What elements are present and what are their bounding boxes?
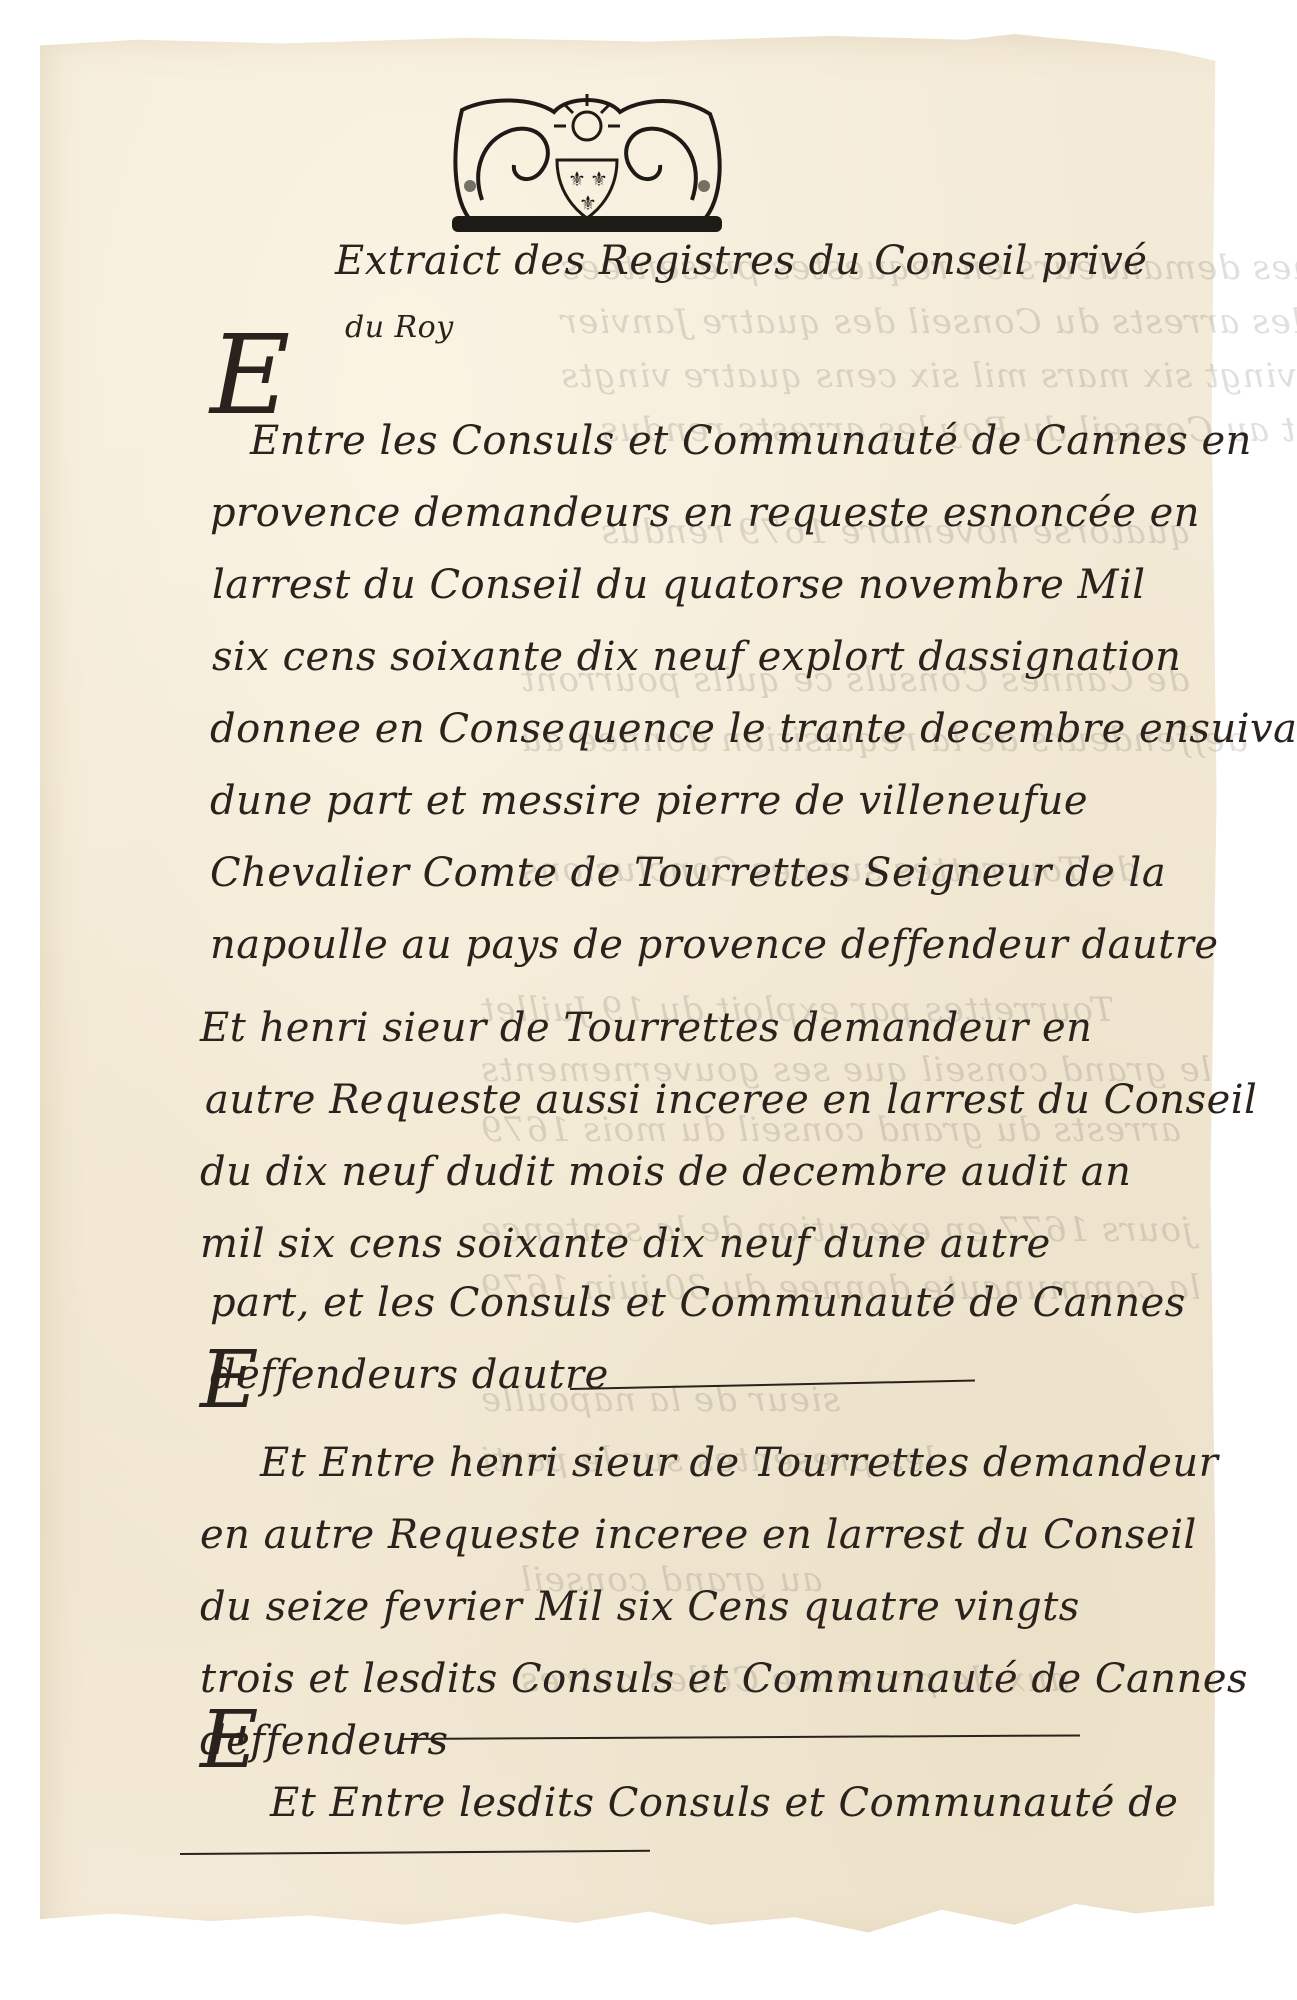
document-title-line2: du Roy — [345, 310, 454, 345]
manuscript-line: mil six cens soixante dix neuf dune autr… — [200, 1221, 1051, 1267]
manuscript-line: donnee en Consequence le trante decembre… — [210, 706, 1297, 752]
royal-stamp-icon: ⚜ ⚜ ⚜ — [442, 90, 732, 238]
manuscript-line: part, et les Consuls et Communauté de Ca… — [210, 1280, 1186, 1326]
manuscript-line: en autre Requeste inceree en larrest du … — [200, 1512, 1197, 1558]
bleed-through-text: les arrests du Conseil des quatre Janvie… — [560, 302, 1297, 342]
manuscript-line: provence demandeurs en requeste esnoncée… — [210, 490, 1200, 536]
svg-text:⚜: ⚜ — [590, 167, 608, 191]
manuscript-line: du dix neuf dudit mois de decembre audit… — [200, 1149, 1131, 1195]
manuscript-line: autre Requeste aussi inceree en larrest … — [205, 1077, 1257, 1123]
svg-text:⚜: ⚜ — [568, 167, 586, 191]
svg-text:⚜: ⚜ — [579, 191, 597, 215]
manuscript-line: six cens soixante dix neuf explort dassi… — [212, 634, 1181, 680]
manuscript-line: napoulle au pays de provence deffendeur … — [210, 922, 1219, 968]
manuscript-line: du seize fevrier Mil six Cens quatre vin… — [200, 1584, 1080, 1630]
manuscript-line: Entre les Consuls et Communauté de Canne… — [250, 418, 1252, 464]
manuscript-line: dune part et messire pierre de villeneuf… — [210, 778, 1088, 824]
manuscript-line: trois et lesdits Consuls et Communauté d… — [200, 1656, 1248, 1702]
decorated-initial: E — [210, 320, 290, 430]
manuscript-line: deffendeurs — [200, 1718, 449, 1764]
manuscript-line: Et henri sieur de Tourrettes demandeur e… — [200, 1005, 1092, 1051]
document-title-line1: Extraict des Registres du Conseil privé — [335, 238, 1147, 284]
manuscript-line: Et Entre henri sieur de Tourrettes deman… — [260, 1440, 1218, 1486]
manuscript-line: Chevalier Comte de Tourrettes Seigneur d… — [210, 850, 1166, 896]
bleed-through-text: vingt six mars mil six cens quatre vingt… — [560, 356, 1297, 396]
manuscript-line: Et Entre lesdits Consuls et Communauté d… — [270, 1780, 1178, 1826]
manuscript-line: larrest du Conseil du quatorse novembre … — [212, 562, 1146, 608]
manuscript-line: deffendeurs dautre — [210, 1352, 609, 1398]
